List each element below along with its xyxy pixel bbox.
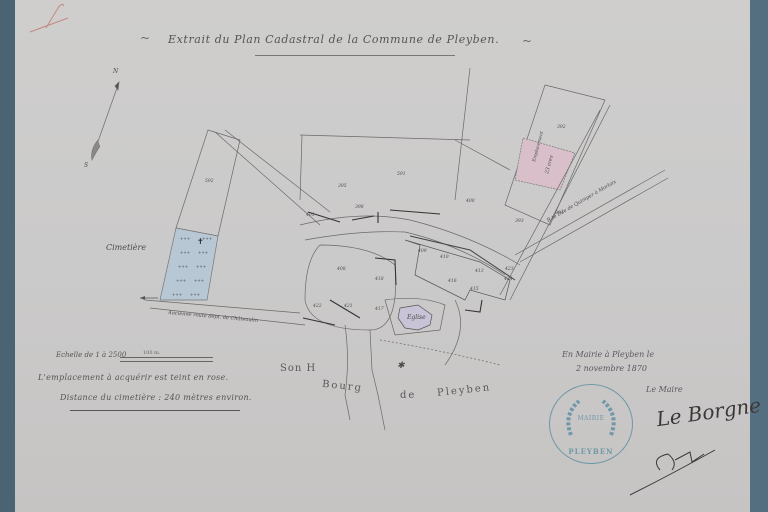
road-west-label: Ancienne route dépt. de Châteaulin xyxy=(167,309,259,324)
svg-text:424: 424 xyxy=(503,276,513,282)
cemetery-cross-icon: ✝ xyxy=(197,237,204,246)
svg-text:423: 423 xyxy=(504,266,514,272)
scale-label: Echelle de 1 à 2500 xyxy=(56,351,126,359)
svg-text:+++: +++ xyxy=(194,278,204,283)
svg-text:418: 418 xyxy=(374,276,384,282)
svg-text:394: 394 xyxy=(555,210,564,216)
svg-text:415: 415 xyxy=(469,286,479,292)
mairie-stamp: MAIRIE PLEYBEN xyxy=(549,384,633,464)
svg-text:+++: +++ xyxy=(178,264,188,269)
svg-text:591: 591 xyxy=(397,171,406,177)
svg-text:401: 401 xyxy=(305,212,315,218)
svg-text:417: 417 xyxy=(374,306,384,312)
svg-text:+++: +++ xyxy=(172,292,182,297)
north-arrow-icon xyxy=(95,85,118,150)
svg-text:400: 400 xyxy=(465,198,475,204)
svg-text:+++: +++ xyxy=(180,236,190,241)
svg-text:409: 409 xyxy=(417,248,427,254)
svg-text:408: 408 xyxy=(336,266,346,272)
north-label: N xyxy=(112,68,119,75)
south-label: S xyxy=(84,162,88,169)
legend-rule xyxy=(70,410,240,411)
svg-text:592: 592 xyxy=(205,178,214,184)
svg-text:410: 410 xyxy=(439,254,449,260)
svg-text:422: 422 xyxy=(312,303,322,309)
svg-text:+++: +++ xyxy=(198,250,208,255)
svg-text:421: 421 xyxy=(343,303,353,309)
attestation-place: En Mairie à Pleyben le xyxy=(562,350,654,359)
svg-text:416: 416 xyxy=(447,278,457,284)
svg-text:413: 413 xyxy=(474,268,484,274)
note-cemetery-distance: Distance du cimetière : 240 mètres envir… xyxy=(60,393,252,402)
attestation-title: Le Maire xyxy=(646,385,683,394)
attestation-date: 2 novembre 1870 xyxy=(576,364,647,373)
parcel-numbers: 592 591 392 393 394 395 400 398 401 408 … xyxy=(205,124,566,312)
section-label: Son H xyxy=(280,363,316,374)
svg-text:395: 395 xyxy=(338,183,347,189)
scale-bar-label: 100 m. xyxy=(143,350,160,356)
svg-text:+++: +++ xyxy=(180,250,190,255)
svg-text:392: 392 xyxy=(557,124,566,130)
cross-symbol: ✱ xyxy=(397,361,406,371)
church-label: Eglise xyxy=(406,314,426,321)
note-pink-area: L'emplacement à acquérir est teint en ro… xyxy=(38,373,228,382)
svg-text:398: 398 xyxy=(355,204,364,210)
place-label-de: de xyxy=(400,390,416,401)
cadastral-map: N S Cimetière Eglise Emplacement 23 ares… xyxy=(0,0,768,512)
cemetery-label: Cimetière xyxy=(106,243,146,252)
signature-flourish xyxy=(620,440,730,500)
svg-text:+++: +++ xyxy=(176,278,186,283)
svg-text:393: 393 xyxy=(515,218,524,224)
svg-text:+++: +++ xyxy=(190,292,200,297)
scale-bar xyxy=(120,357,213,362)
svg-text:+++: +++ xyxy=(196,264,206,269)
